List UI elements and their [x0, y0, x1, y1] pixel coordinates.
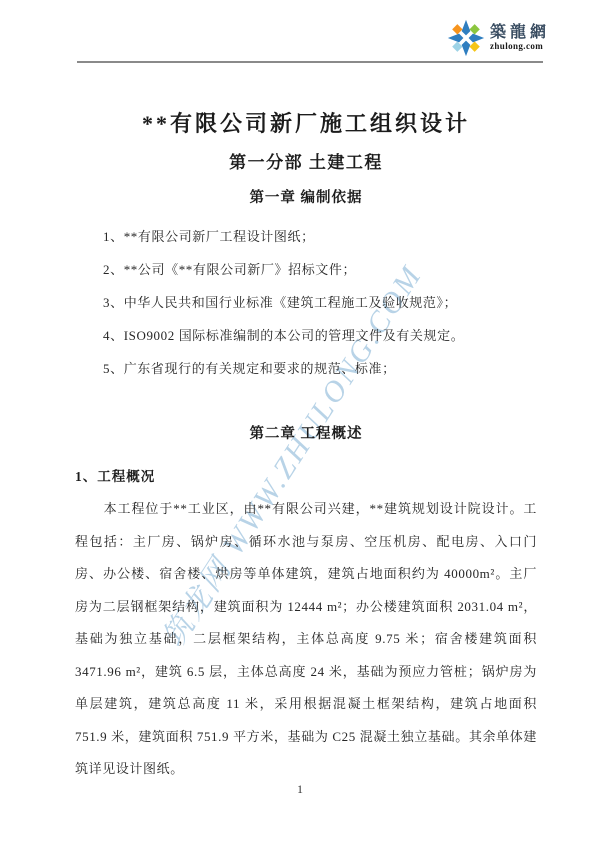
basis-list: 1、**有限公司新厂工程设计图纸； 2、**公司《**有限公司新厂》招标文件； …: [75, 227, 537, 378]
logo-text-block: 築龍網 zhulong.com: [490, 25, 550, 51]
logo-domain-text: zhulong.com: [490, 42, 550, 51]
page-number: 1: [0, 782, 600, 797]
document-title: **有限公司新厂施工组织设计: [75, 107, 537, 138]
document-page: 筑龙网 WWW.ZHULONG.COM 築龍網 zhulong.com **有限…: [0, 0, 600, 850]
basis-list-item-4: 4、ISO9002 国际标准编制的本公司的管理文件及有关规定。: [75, 326, 537, 345]
logo-brand-name: 築龍網: [490, 25, 550, 42]
overview-paragraph: 本工程位于**工业区，由**有限公司兴建，**建筑规划设计院设计。工程包括：主厂…: [75, 493, 537, 786]
zhulong-logo: 築龍網 zhulong.com: [447, 18, 550, 58]
basis-list-item-5: 5、广东省现行的有关规定和要求的规范、标准；: [75, 359, 537, 378]
basis-list-item-1: 1、**有限公司新厂工程设计图纸；: [75, 227, 537, 246]
basis-list-item-2: 2、**公司《**有限公司新厂》招标文件；: [75, 260, 537, 279]
chapter-2-heading: 第二章 工程概述: [75, 422, 537, 443]
part-heading: 第一分部 土建工程: [75, 148, 537, 173]
chapter-1-heading: 第一章 编制依据: [75, 186, 537, 207]
document-body: **有限公司新厂施工组织设计 第一分部 土建工程 第一章 编制依据 1、**有限…: [75, 95, 537, 786]
basis-list-item-3: 3、中华人民共和国行业标准《建筑工程施工及验收规范》；: [75, 293, 537, 312]
pinwheel-icon: [447, 18, 485, 58]
header-divider-line: [77, 61, 543, 63]
section-1-heading: 1、工程概况: [75, 465, 537, 485]
